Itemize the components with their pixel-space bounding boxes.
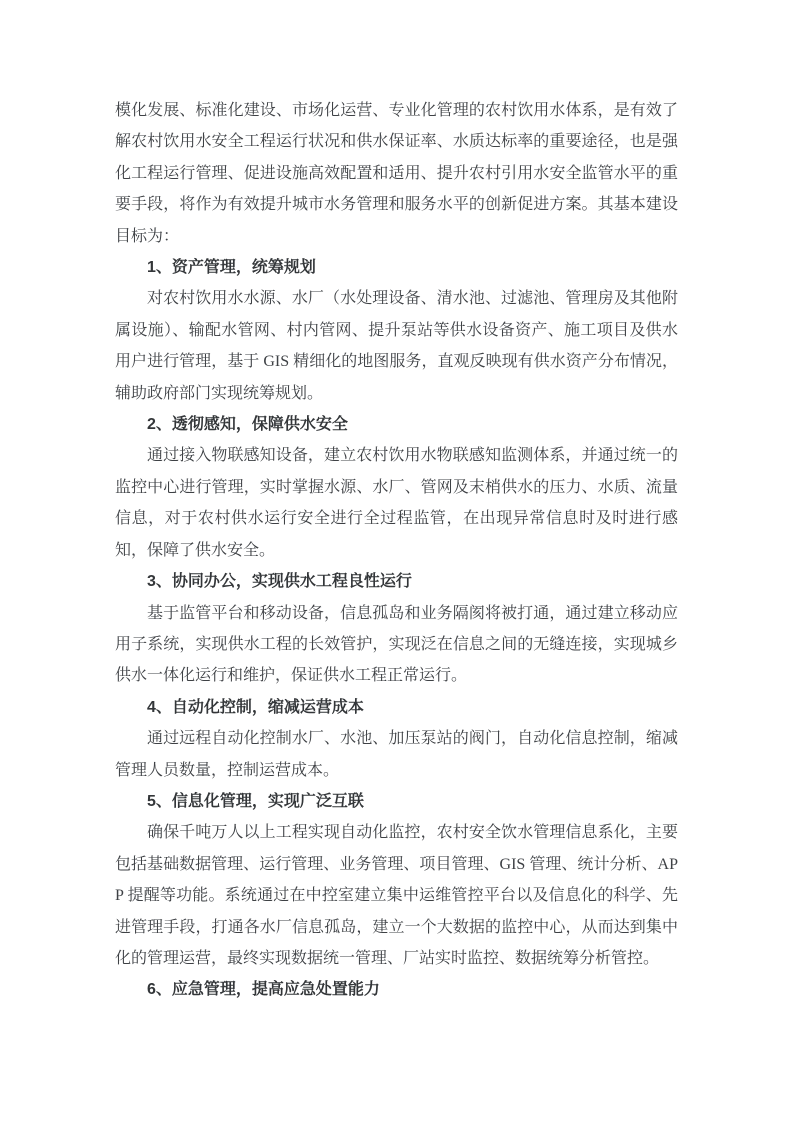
- document-page: 模化发展、标准化建设、市场化运营、专业化管理的农村饮用水体系，是有效了解农村饮用…: [0, 0, 793, 1122]
- section-5-heading: 5、信息化管理，实现广泛互联: [115, 786, 678, 817]
- section-5-body: 确保千吨万人以上工程实现自动化监控，农村安全饮水管理信息系化，主要包括基础数据管…: [115, 817, 678, 974]
- intro-paragraph: 模化发展、标准化建设、市场化运营、专业化管理的农村饮用水体系，是有效了解农村饮用…: [115, 95, 678, 252]
- section-3-heading: 3、协同办公，实现供水工程良性运行: [115, 566, 678, 597]
- section-2-heading: 2、透彻感知，保障供水安全: [115, 409, 678, 440]
- section-4-body: 通过远程自动化控制水厂、水池、加压泵站的阀门，自动化信息控制，缩减管理人员数量，…: [115, 723, 678, 786]
- section-6-heading: 6、应急管理，提高应急处置能力: [115, 974, 678, 1005]
- section-3-body: 基于监管平台和移动设备，信息孤岛和业务隔阂将被打通，通过建立移动应用子系统，实现…: [115, 598, 678, 692]
- section-2-body: 通过接入物联感知设备，建立农村饮用水物联感知监测体系，并通过统一的监控中心进行管…: [115, 440, 678, 566]
- section-1-heading: 1、资产管理，统筹规划: [115, 252, 678, 283]
- section-1-body: 对农村饮用水水源、水厂（水处理设备、清水池、过滤池、管理房及其他附属设施）、输配…: [115, 283, 678, 409]
- section-4-heading: 4、自动化控制，缩减运营成本: [115, 692, 678, 723]
